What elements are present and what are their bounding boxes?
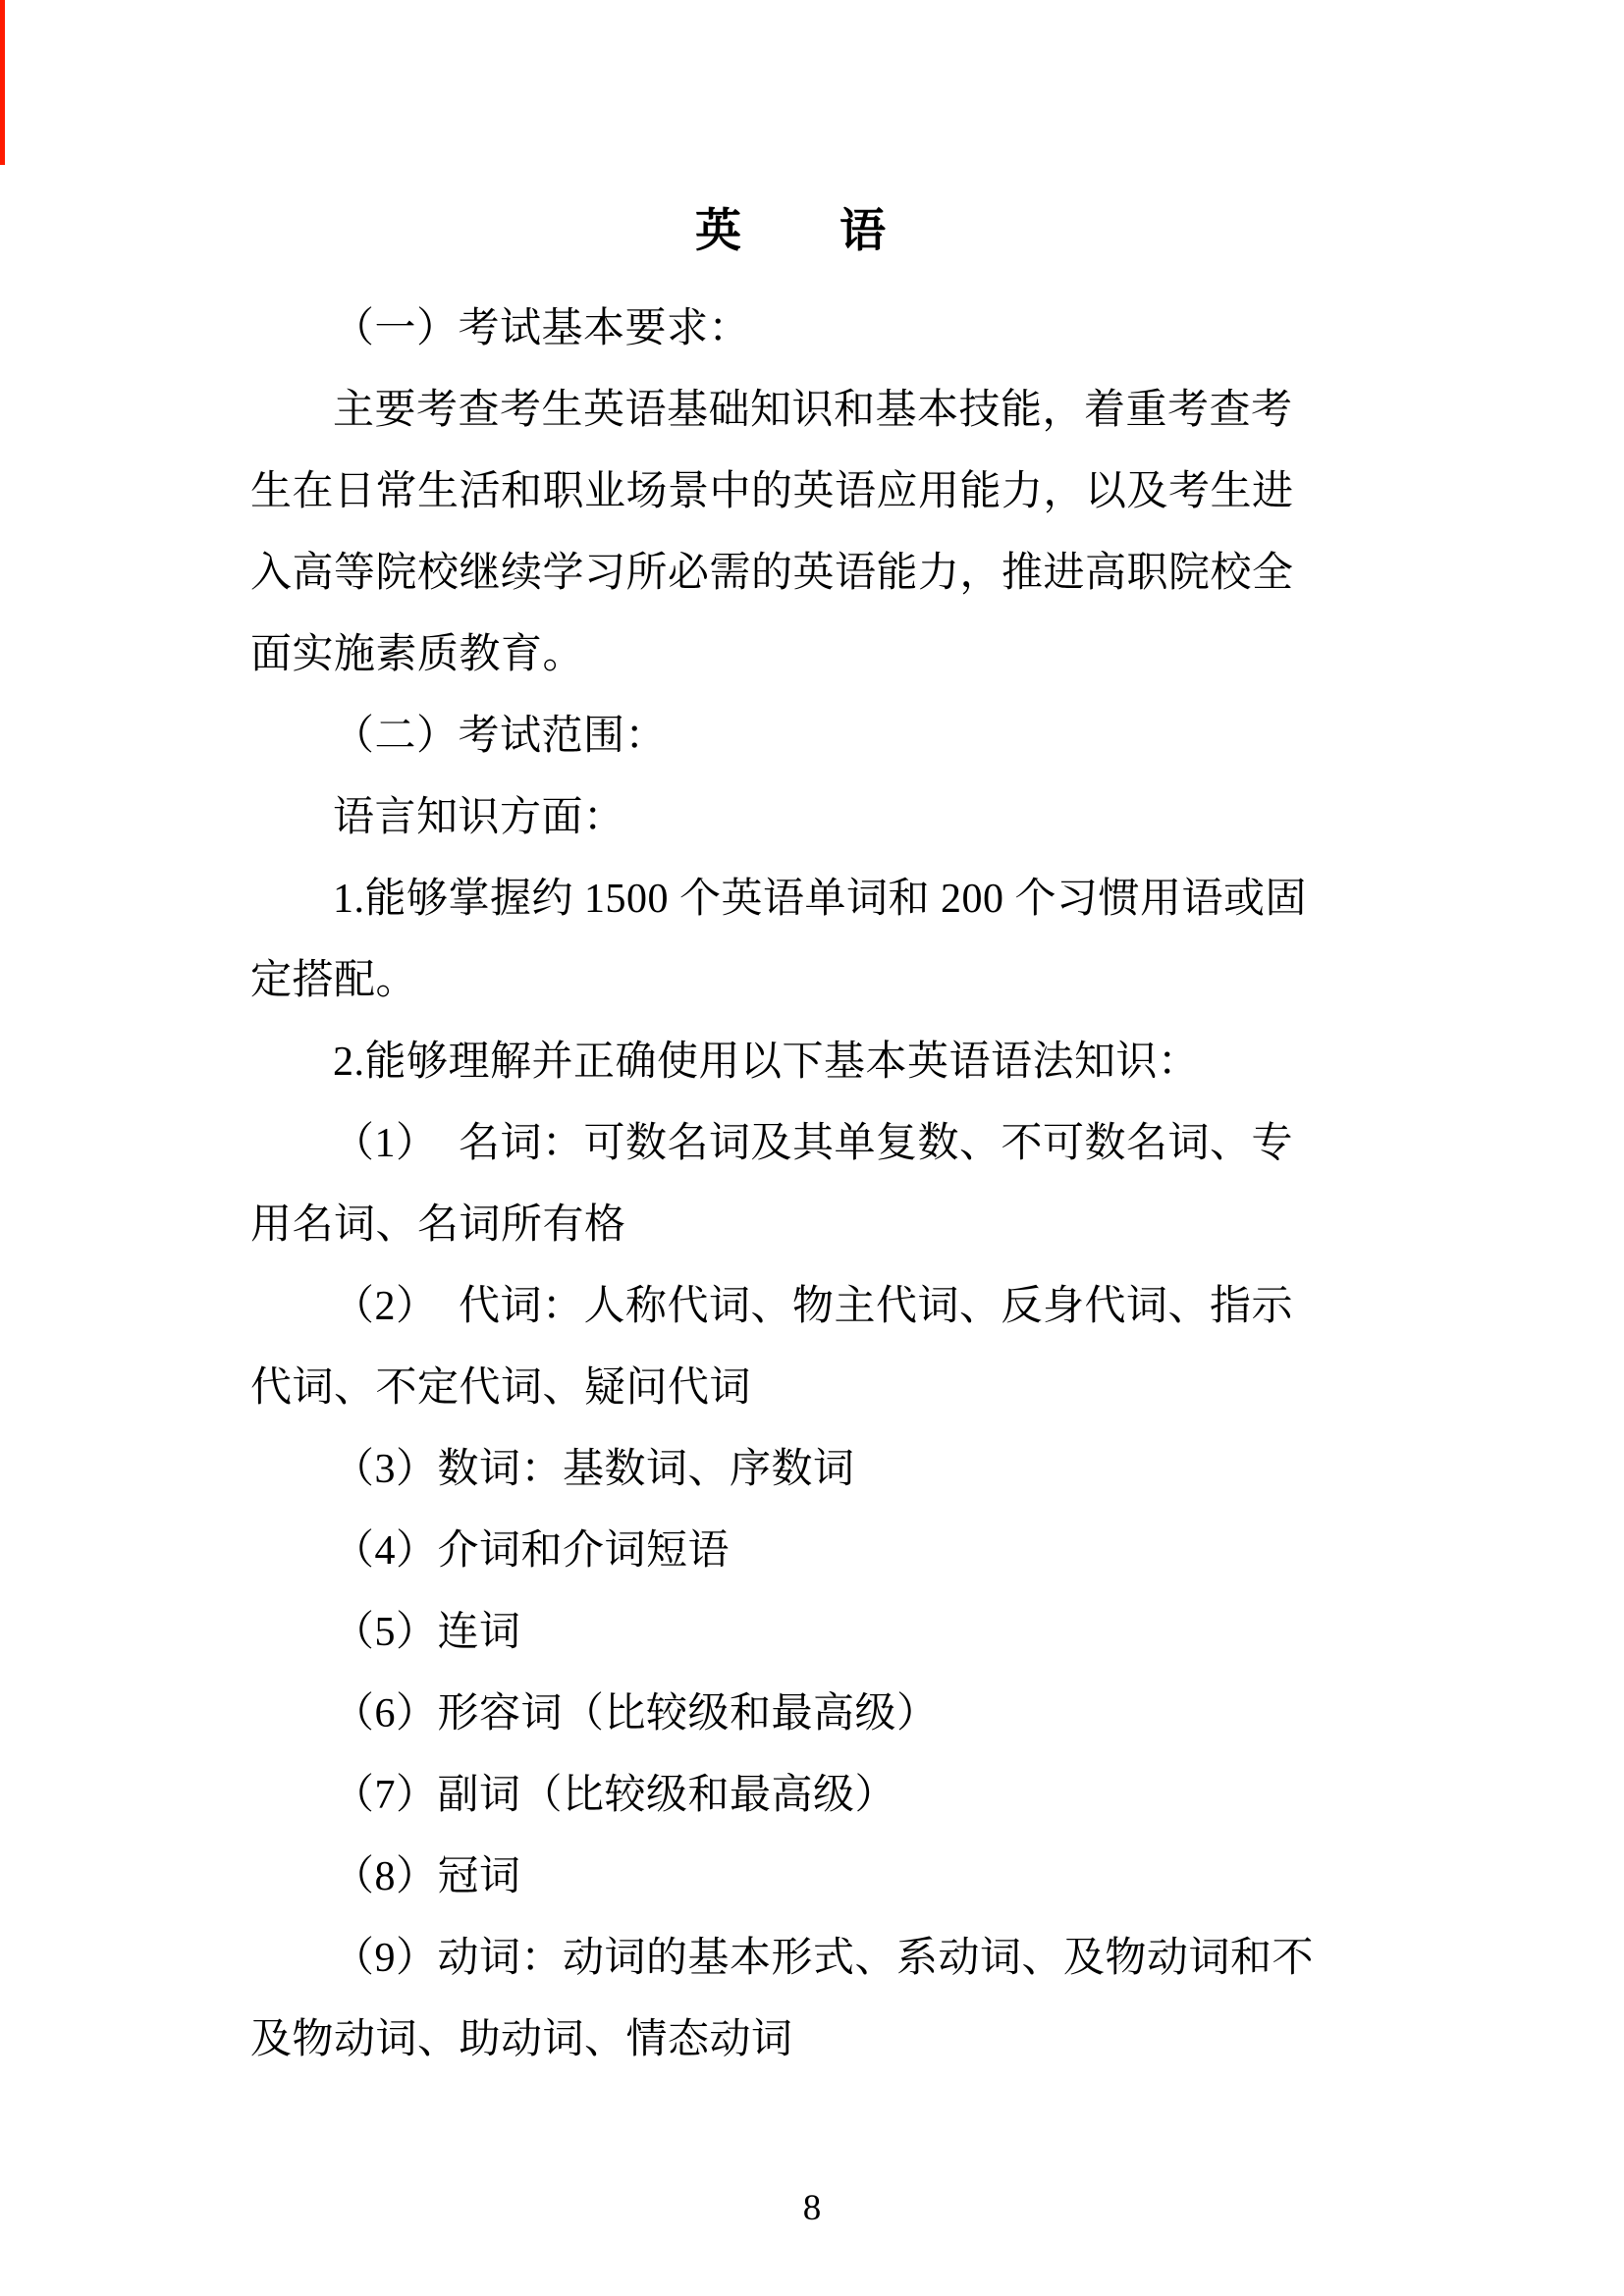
document-page: 英 语 （一）考试基本要求：主要考查考生英语基础知识和基本技能，着重考查考生在日…: [0, 0, 1624, 2296]
page-title: 英 语: [250, 188, 1332, 275]
page-number: 8: [0, 2187, 1624, 2229]
text-line: （2） 代词：人称代词、物主代词、反身代词、指示: [250, 1266, 1332, 1348]
page-edge-marker: [0, 0, 5, 165]
text-line: 1.能够掌握约 1500 个英语单词和 200 个习惯用语或固: [250, 859, 1332, 940]
text-line: 主要考查考生英语基础知识和基本技能，着重考查考: [250, 370, 1332, 452]
text-line: 生在日常生活和职业场景中的英语应用能力，以及考生进: [250, 452, 1332, 533]
text-line: 用名词、名词所有格: [250, 1185, 1332, 1266]
text-line: （二）考试范围：: [250, 696, 1332, 777]
text-line: 定搭配。: [250, 940, 1332, 1022]
text-line: 代词、不定代词、疑问代词: [250, 1348, 1332, 1429]
document-content: 英 语 （一）考试基本要求：主要考查考生英语基础知识和基本技能，着重考查考生在日…: [250, 188, 1332, 2081]
document-body: （一）考试基本要求：主要考查考生英语基础知识和基本技能，着重考查考生在日常生活和…: [250, 289, 1332, 2081]
text-line: 及物动词、助动词、情态动词: [250, 2000, 1332, 2081]
text-line: 语言知识方面：: [250, 777, 1332, 859]
text-line: 面实施素质教育。: [250, 614, 1332, 696]
text-line: （5）连词: [250, 1592, 1332, 1674]
text-line: 2.能够理解并正确使用以下基本英语语法知识：: [250, 1022, 1332, 1103]
text-line: （7）副词（比较级和最高级）: [250, 1755, 1332, 1837]
text-line: （一）考试基本要求：: [250, 289, 1332, 370]
text-line: （8）冠词: [250, 1837, 1332, 1918]
text-line: （3）数词：基数词、序数词: [250, 1429, 1332, 1511]
text-line: （4）介词和介词短语: [250, 1511, 1332, 1592]
text-line: 入高等院校继续学习所必需的英语能力，推进高职院校全: [250, 533, 1332, 614]
text-line: （6）形容词（比较级和最高级）: [250, 1674, 1332, 1755]
text-line: （9）动词：动词的基本形式、系动词、及物动词和不: [250, 1918, 1332, 2000]
text-line: （1） 名词：可数名词及其单复数、不可数名词、专: [250, 1103, 1332, 1185]
